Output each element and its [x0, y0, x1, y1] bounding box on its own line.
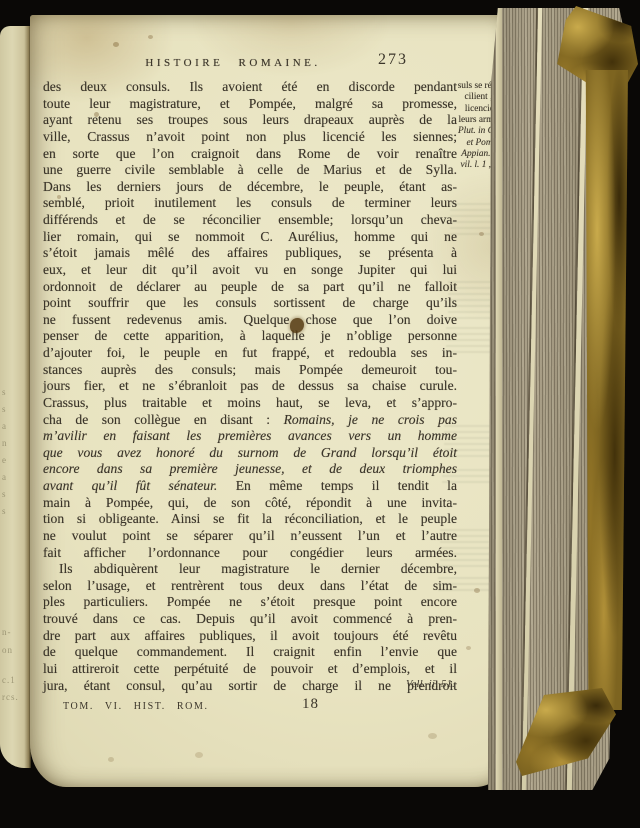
page-number: 273	[378, 51, 408, 69]
body-line: m’avilir en faisant les premières avance…	[43, 428, 457, 445]
previous-page-fragment: n-	[2, 628, 12, 637]
previous-page-fragment: a	[2, 422, 7, 431]
previous-page-fragment: on	[2, 646, 13, 655]
previous-page-fragment: rcs.	[2, 693, 19, 702]
stain	[428, 733, 437, 739]
body-line: lui attireroit cette perpétuité de pouvo…	[43, 661, 457, 678]
previous-page-fragment: c.1	[2, 676, 16, 685]
body-line: jours fier, et ne s’ébranloit pas de des…	[43, 378, 457, 395]
previous-page-fragment: s	[2, 388, 7, 397]
body-line: ne fussent redevenus amis. Quelque chose…	[43, 312, 457, 329]
body-line: s’étoit jamais mêlé des affaires publiqu…	[43, 245, 457, 262]
stain	[195, 752, 203, 758]
body-line: point souffrir que les consuls sortissen…	[43, 295, 457, 312]
body-line: cha de son collègue en disant : Romains,…	[43, 412, 457, 429]
previous-page-fragment: s	[2, 490, 7, 499]
body-line: selon l’usage, et rentrèrent tous deux d…	[43, 578, 457, 595]
stain	[148, 35, 153, 39]
fore-edge	[488, 8, 629, 790]
body-line: en sorte que l’on craignoit dans Rome de…	[43, 146, 457, 163]
sheet-number: 18	[302, 696, 319, 713]
fore-edge-band	[567, 8, 588, 790]
body-line: des deux consuls. Ils avoient été en dis…	[43, 79, 457, 96]
body-line: toute leur magistrature, et Pompée, malg…	[43, 96, 457, 113]
body-line: jura, étant consul, qu’au sortir de char…	[43, 678, 457, 695]
body-line: de quelque commandement. Il craignit enf…	[43, 644, 457, 661]
body-line: tion si obligeante. Ainsi se fit la réco…	[43, 511, 457, 528]
stain	[466, 646, 471, 650]
left-page-edge: ssaneassn-onc.1rcs.	[0, 26, 31, 768]
margin-note-bottom: Vell. ii, 51.	[406, 679, 455, 690]
previous-page-fragment: s	[2, 405, 7, 414]
body-line: avant qu’il fût sénateur. En même temps …	[43, 478, 457, 495]
page-edge-highlight	[496, 8, 502, 790]
body-line: ples particuliers. Pompée ne s’étoit pre…	[43, 594, 457, 611]
fore-edge-band	[522, 8, 542, 790]
body-line: une guerre civile semblable à celle de M…	[43, 162, 457, 179]
footer-signature: TOM. VI. HIST. ROM.	[63, 701, 209, 712]
body-line: semblé, prioit inutilement les consuls d…	[43, 195, 457, 212]
body-line: Dans les derniers jours de décembre, le …	[43, 179, 457, 196]
stain	[479, 232, 484, 236]
previous-page-fragment: s	[2, 507, 7, 516]
body-line: eux, et leur dit qu’il avoit vu en songe…	[43, 262, 457, 279]
body-line: trouvé dans ce cas. Depuis qu’il avoit c…	[43, 611, 457, 628]
stain	[113, 42, 119, 47]
body-line: main à Pompée, qui, de son côté, répondi…	[43, 495, 457, 512]
book-scan: { "page": { "header": { "running_title":…	[0, 0, 640, 828]
body-line: stances auprès des consuls; mais Pompée …	[43, 362, 457, 379]
body-line: encore dans sa première jeunesse, et de …	[43, 461, 457, 478]
previous-page-fragment: a	[2, 473, 7, 482]
body-line: ville, Crassus n’avoit point non plus li…	[43, 129, 457, 146]
body-line: que vous avez honoré du surnom de Grand …	[43, 445, 457, 462]
body-line: différends et de se réconcilier ensemble…	[43, 212, 457, 229]
body-line: dre part aux affaires publiques, il avoi…	[43, 628, 457, 645]
body-text: des deux consuls. Ils avoient été en dis…	[43, 79, 457, 694]
body-line: Ils abdiquèrent leur magistrature le der…	[43, 561, 457, 578]
stain	[108, 757, 114, 762]
previous-page-fragment: n	[2, 439, 8, 448]
body-line: fait afficher l’ordonnance pour congédie…	[43, 545, 457, 562]
previous-page-fragment: e	[2, 456, 7, 465]
body-line: ordonnoit de déclarer au peuple de sa pa…	[43, 279, 457, 296]
body-line: ne voulut point se séparer qu’il n’eusse…	[43, 528, 457, 545]
body-line: lier romain, qui se nommoit C. Aurélius,…	[43, 229, 457, 246]
stain	[474, 588, 480, 593]
running-title: HISTOIRE ROMAINE.	[43, 57, 423, 69]
body-line: Crassus, plus traitable et moins haut, s…	[43, 395, 457, 412]
body-line: penser de cette apparition, à laquelle j…	[43, 328, 457, 345]
body-line: d’ajouter foi, le peuple en fut frappé, …	[43, 345, 457, 362]
book-page: HISTOIRE ROMAINE. 273 des deux consuls. …	[30, 15, 505, 787]
body-line: ayant retenu ses troupes sous leurs drap…	[43, 112, 457, 129]
